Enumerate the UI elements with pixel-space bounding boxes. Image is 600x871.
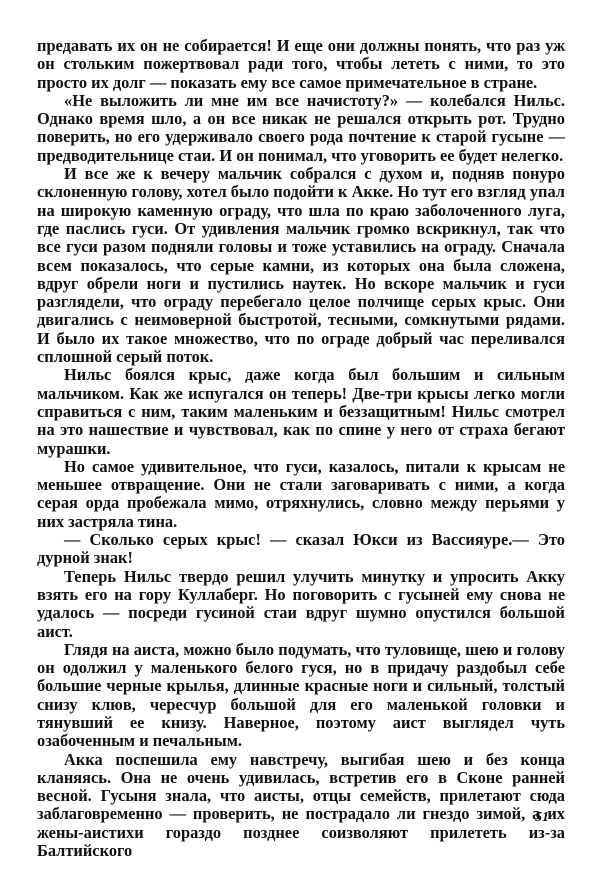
paragraph: Нильс боялся крыс, даже когда был больши… xyxy=(37,366,565,457)
paragraph: Глядя на аиста, можно было подумать, что… xyxy=(37,641,565,751)
paragraph: И все же к вечеру мальчик собрался с дух… xyxy=(37,165,565,366)
paragraph: Акка поспешила ему навстречу, выгибая ше… xyxy=(37,751,565,861)
page-number: 51 xyxy=(535,810,549,826)
page-body: предавать их он не собирается! И еще они… xyxy=(37,37,565,860)
paragraph: Теперь Нильс твердо решил улучить минутк… xyxy=(37,568,565,641)
paragraph: «Не выложить ли мне им все начистоту?» —… xyxy=(37,92,565,165)
paragraph: предавать их он не собирается! И еще они… xyxy=(37,37,565,92)
paragraph: Но самое удивительное, что гуси, казалос… xyxy=(37,458,565,531)
paragraph: — Сколько серых крыс! — сказал Юкси из В… xyxy=(37,531,565,568)
